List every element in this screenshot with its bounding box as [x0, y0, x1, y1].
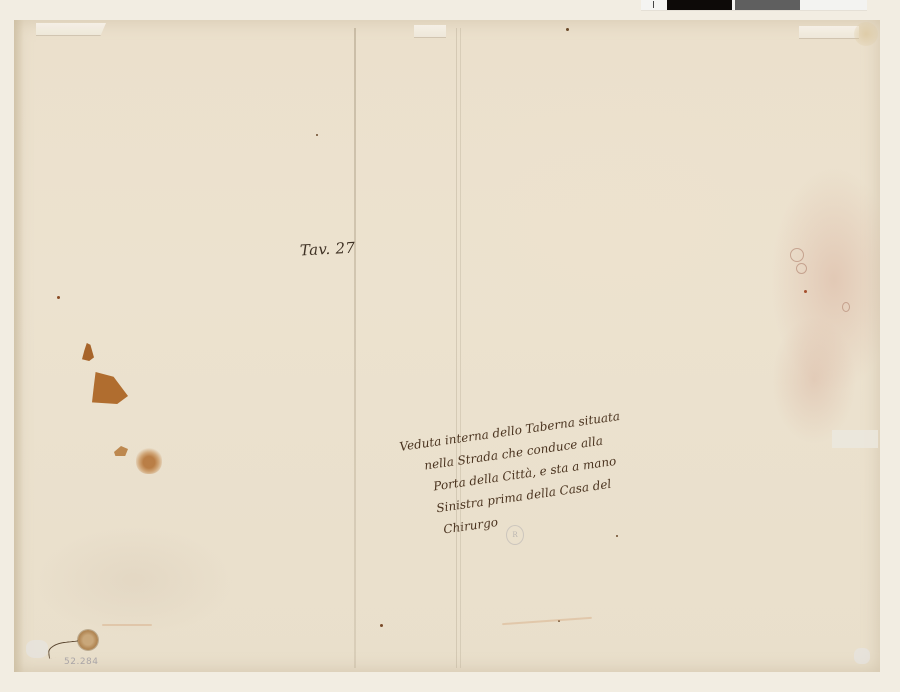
- ink-speck: [566, 28, 569, 31]
- ink-speck: [804, 290, 807, 293]
- stain-ring: [796, 263, 807, 274]
- pale-patch: [854, 648, 870, 664]
- calibration-swatch-white: [641, 0, 667, 10]
- plate-number-label: Tav. 27: [300, 239, 356, 260]
- foxing-stain: [136, 448, 162, 474]
- document-viewer: Tav. 27 Veduta interna dello Taberna sit…: [0, 0, 900, 692]
- handwritten-inscription: Veduta interna dello Taberna situata nel…: [398, 400, 671, 545]
- corner-mark: [854, 22, 878, 46]
- stain-ring: [790, 248, 804, 262]
- tape-strip: [36, 23, 106, 36]
- ink-speck: [380, 624, 383, 627]
- stain-ring: [842, 302, 850, 312]
- foxing-stain: [82, 343, 94, 361]
- inventory-number: 52.284: [64, 657, 99, 667]
- tape-strip: [414, 25, 446, 38]
- paper-sheet: Tav. 27 Veduta interna dello Taberna sit…: [14, 20, 880, 672]
- calibration-swatch-white-2: [800, 0, 867, 10]
- pale-patch: [26, 640, 48, 658]
- fold-line: [456, 28, 457, 668]
- foxing-stain: [114, 446, 128, 456]
- fold-line: [460, 28, 461, 668]
- faint-streak: [102, 624, 152, 626]
- foxing-stain: [92, 372, 128, 404]
- library-stamp: R: [506, 525, 524, 545]
- ink-speck: [616, 535, 618, 537]
- calibration-swatch-gray: [735, 0, 800, 10]
- ink-speck: [316, 134, 318, 136]
- ink-speck: [57, 296, 60, 299]
- tape-strip: [799, 26, 859, 39]
- fold-line: [354, 28, 356, 668]
- arrow-mark: [47, 640, 79, 658]
- faint-streak: [502, 617, 592, 625]
- collection-stamp: [78, 630, 98, 650]
- calibration-swatch-black: [667, 0, 732, 10]
- tape-strip-right: [832, 430, 878, 448]
- color-calibration-strip: [641, 0, 867, 10]
